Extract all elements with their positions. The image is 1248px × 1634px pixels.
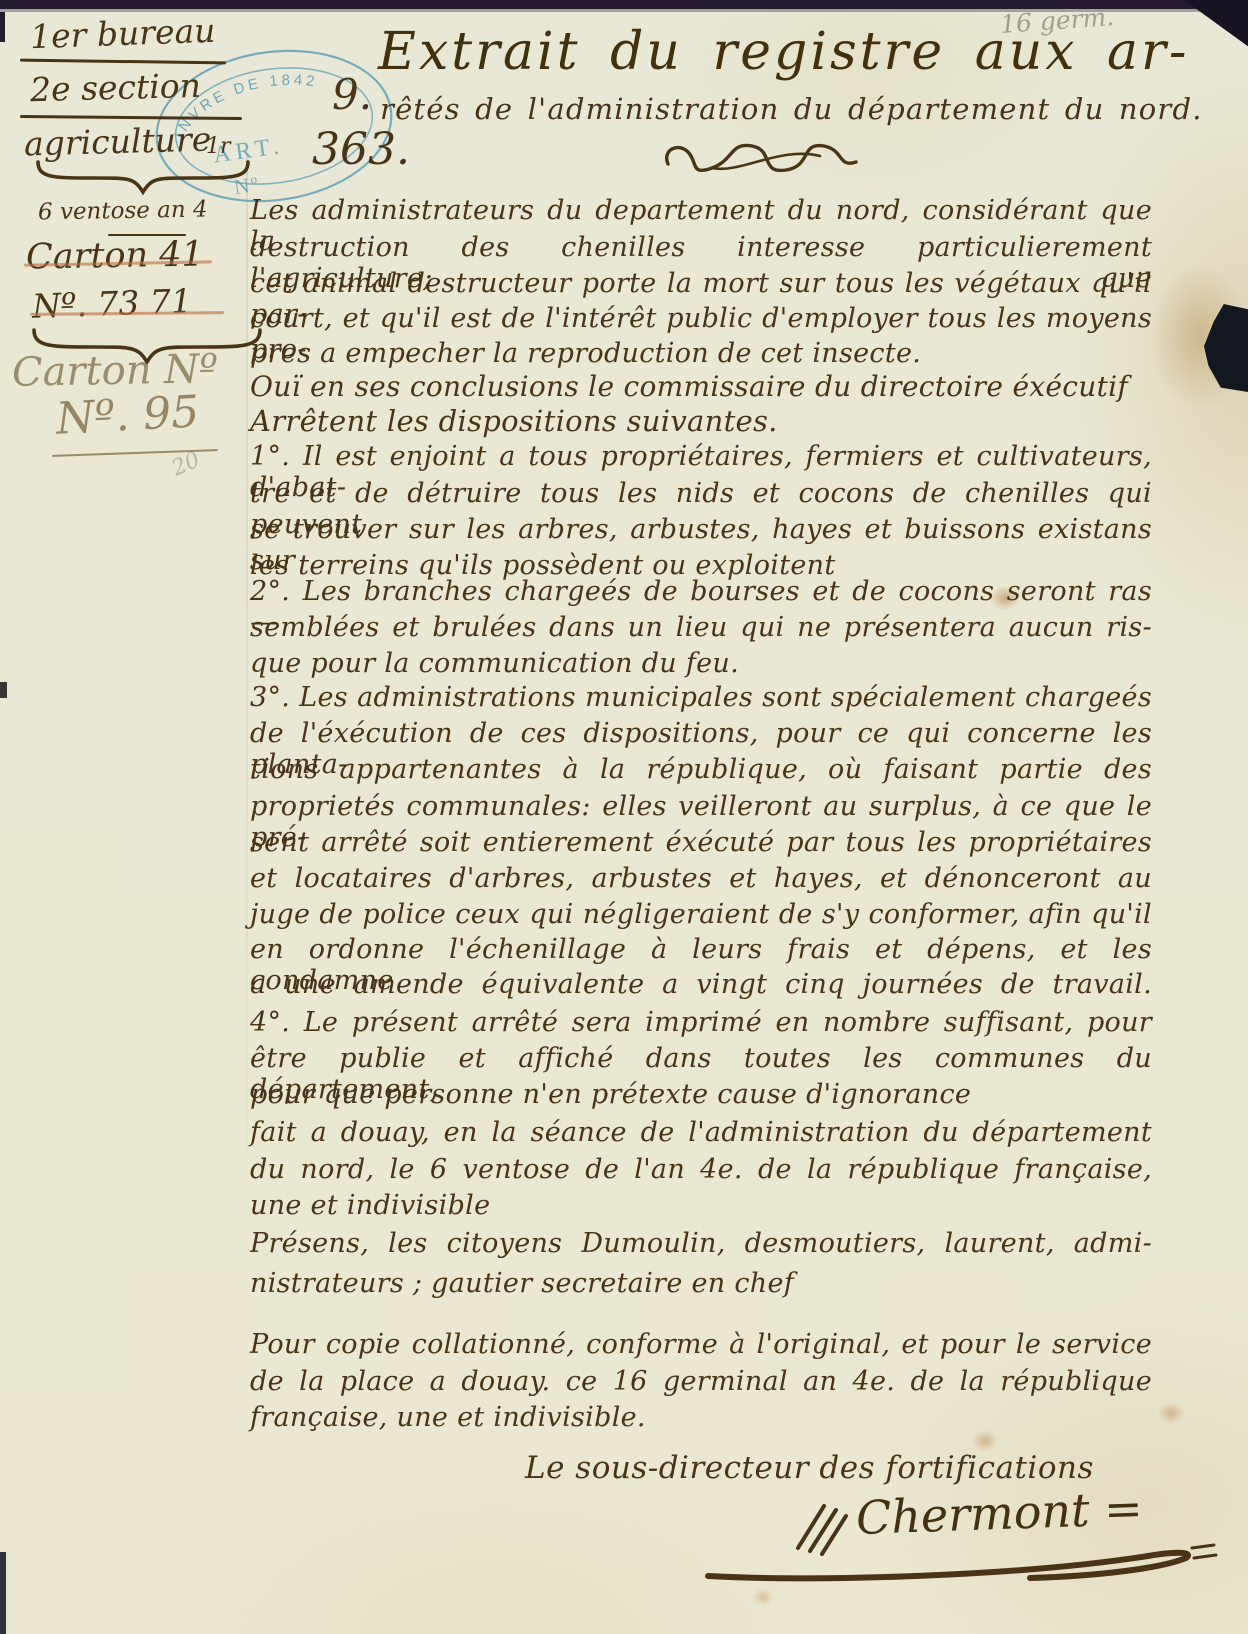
margin-brace-upper bbox=[32, 154, 254, 198]
stamp-num-value: 363. bbox=[312, 124, 410, 175]
signature-name: Chermont = bbox=[855, 1481, 1143, 1545]
body-line: pour que personne n'en prétexte cause d'… bbox=[250, 1079, 971, 1110]
scan-left-fleck-mid bbox=[0, 682, 7, 698]
stain-around-hole bbox=[1150, 262, 1248, 412]
paper-crease bbox=[246, 150, 248, 1150]
document-page: INVRE DE 1842 ART. Nº 9. 363. 16 germ. 1… bbox=[0, 0, 1248, 1634]
torn-hole-right bbox=[1204, 304, 1248, 392]
body-line: sent arrêté soit entierement éxécuté par… bbox=[250, 827, 1152, 858]
body-line: française, une et indivisible. bbox=[250, 1402, 646, 1433]
paper-stain bbox=[1158, 1402, 1184, 1424]
stamp-art-value: 9. bbox=[332, 70, 372, 119]
margin-numero-new: Nº. 95 bbox=[55, 386, 201, 444]
signature-flourish-underline bbox=[700, 1538, 1220, 1586]
body-line: tions appartenantes à la république, où … bbox=[250, 754, 1152, 785]
paper-stain bbox=[972, 1430, 998, 1452]
body-line: Ouï en ses conclusions le commissaire du… bbox=[250, 370, 1128, 403]
margin-numero-old: Nº. 73 71 bbox=[31, 281, 192, 326]
body-line: fait a douay, en la séance de l'administ… bbox=[250, 1117, 1152, 1148]
body-line: pres a empecher la reproduction de cet i… bbox=[250, 338, 921, 369]
body-line: Présens, les citoyens Dumoulin, desmouti… bbox=[250, 1228, 1152, 1259]
body-line: a une amende équivalente a vingt cinq jo… bbox=[250, 969, 1152, 1000]
closing-role: Le sous-directeur des fortifications bbox=[525, 1450, 1094, 1486]
document-title-line2: rêtés de l'administration du département… bbox=[380, 92, 1203, 126]
body-line: une et indivisible bbox=[250, 1190, 490, 1221]
margin-bureau: 1er bureau bbox=[29, 11, 216, 56]
body-line: du nord, le 6 ventose de l'an 4e. de la … bbox=[250, 1154, 1152, 1185]
body-line: 3°. Les administrations municipales sont… bbox=[250, 682, 1152, 713]
margin-carton-old: Carton 41 bbox=[26, 234, 204, 277]
body-line: et locataires d'arbres, arbustes et haye… bbox=[250, 863, 1152, 894]
title-flourish-ornament bbox=[660, 134, 870, 182]
body-line: Arrêtent les dispositions suivantes. bbox=[250, 404, 778, 438]
body-line: de la place a douay. ce 16 germinal an 4… bbox=[250, 1366, 1152, 1397]
body-line: 4°. Le présent arrêté sera imprimé en no… bbox=[250, 1007, 1152, 1038]
body-line: que pour la communication du feu. bbox=[250, 648, 739, 679]
body-line: nistrateurs ; gautier secretaire en chef bbox=[250, 1268, 794, 1299]
margin-section: 2e section bbox=[30, 66, 202, 109]
body-line: semblées et brulées dans un lieu qui ne … bbox=[250, 612, 1152, 643]
scan-bottom-left-sliver bbox=[0, 1552, 6, 1634]
body-line: juge de police ceux qui négligeraient de… bbox=[250, 899, 1152, 930]
document-title-line1: Extrait du registre aux ar- bbox=[378, 22, 1189, 82]
scan-left-fleck-top bbox=[0, 12, 5, 42]
margin-date: 6 ventose an 4 bbox=[38, 197, 208, 226]
paper-stain bbox=[752, 1588, 774, 1606]
body-line: Pour copie collationné, conforme à l'ori… bbox=[250, 1329, 1152, 1360]
